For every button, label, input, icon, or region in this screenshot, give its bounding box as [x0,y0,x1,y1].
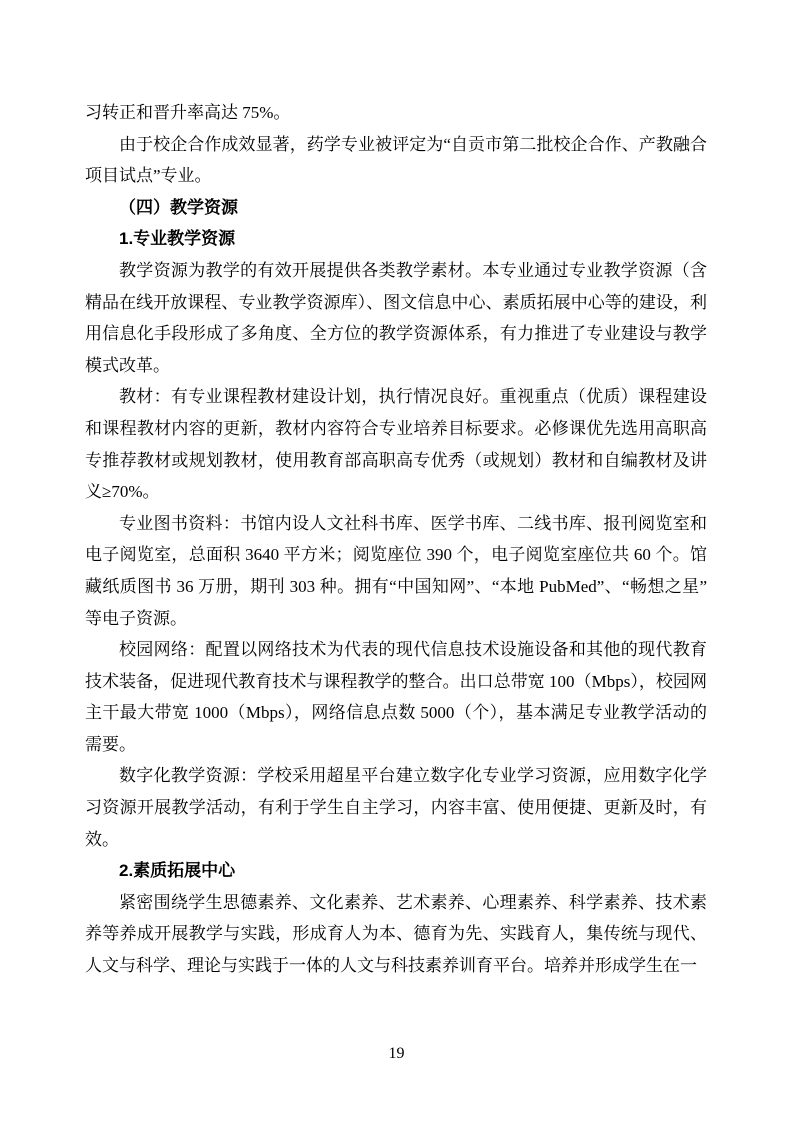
paragraph-library-resources: 专业图书资料：书馆内设人文社科书库、医学书库、二线书库、报刊阅览室和电子阅览室，… [85,508,707,634]
paragraph-school-enterprise-cooperation: 由于校企合作成效显著，药学专业被评定为“自贡市第二批校企合作、产教融合项目试点”… [85,129,707,192]
paragraph-digital-teaching-resources: 数字化教学资源：学校采用超星平台建立数字化专业学习资源，应用数字化学习资源开展教… [85,760,707,855]
paragraph-teaching-resources-overview: 教学资源为教学的有效开展提供各类教学素材。本专业通过专业教学资源（含精品在线开放… [85,255,707,381]
document-page: 习转正和晋升率高达 75%。 由于校企合作成效显著，药学专业被评定为“自贡市第二… [0,0,793,1122]
paragraph-campus-network: 校园网络：配置以网络技术为代表的现代信息技术设施设备和其他的现代教育技术装备，促… [85,634,707,760]
page-number: 19 [389,1045,405,1062]
section-heading-teaching-resources: （四）教学资源 [85,192,707,224]
document-body: 习转正和晋升率高达 75%。 由于校企合作成效显著，药学专业被评定为“自贡市第二… [85,97,707,982]
page-footer: 19 [0,1042,793,1066]
paragraph-carryover-internship-promotion: 习转正和晋升率高达 75%。 [85,97,707,129]
subsection-heading-quality-development-center: 2.素质拓展中心 [85,855,707,887]
subsection-heading-professional-teaching-resources: 1.专业教学资源 [85,223,707,255]
paragraph-quality-development: 紧密围绕学生思德素养、文化素养、艺术素养、心理素养、科学素养、技术素养等养成开展… [85,887,707,982]
paragraph-textbooks: 教材：有专业课程教材建设计划，执行情况良好。重视重点（优质）课程建设和课程教材内… [85,381,707,507]
